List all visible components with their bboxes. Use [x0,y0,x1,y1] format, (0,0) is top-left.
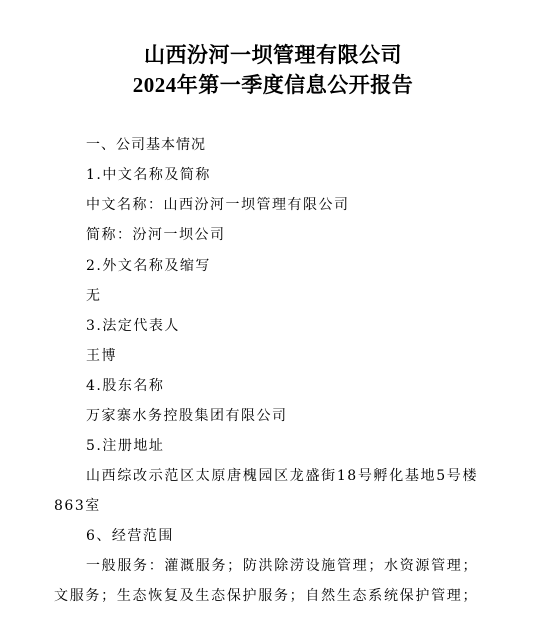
report-title-company: 山西汾河一坝管理有限公司 [0,42,546,68]
legal-representative-value: 王博 [86,347,117,365]
section-heading-basic-info: 一、公司基本情况 [86,136,206,154]
registered-address-line2: 863室 [54,497,101,515]
chinese-short-name: 简称：汾河一坝公司 [86,226,226,244]
registered-address-line1: 山西综改示范区太原唐槐园区龙盛街18号孵化基地5号楼 [86,467,478,485]
item-label-shareholder: 4.股东名称 [86,377,164,395]
item-label-business-scope: 6、经营范围 [86,527,174,545]
report-title-period: 2024年第一季度信息公开报告 [0,72,546,98]
item-label-chinese-name: 1.中文名称及简称 [86,166,211,184]
item-label-legal-representative: 3.法定代表人 [86,317,180,335]
chinese-full-name: 中文名称：山西汾河一坝管理有限公司 [86,196,350,214]
shareholder-value: 万家寨水务控股集团有限公司 [86,407,288,425]
item-label-foreign-name: 2.外文名称及缩写 [86,257,211,275]
foreign-name-value: 无 [86,287,102,305]
item-label-registered-address: 5.注册地址 [86,437,164,455]
business-scope-line1: 一般服务：灌溉服务；防洪除涝设施管理；水资源管理；水 [86,557,478,575]
business-scope-line2: 文服务；生态恢复及生态保护服务；自然生态系统保护管理；土地 [54,587,478,605]
